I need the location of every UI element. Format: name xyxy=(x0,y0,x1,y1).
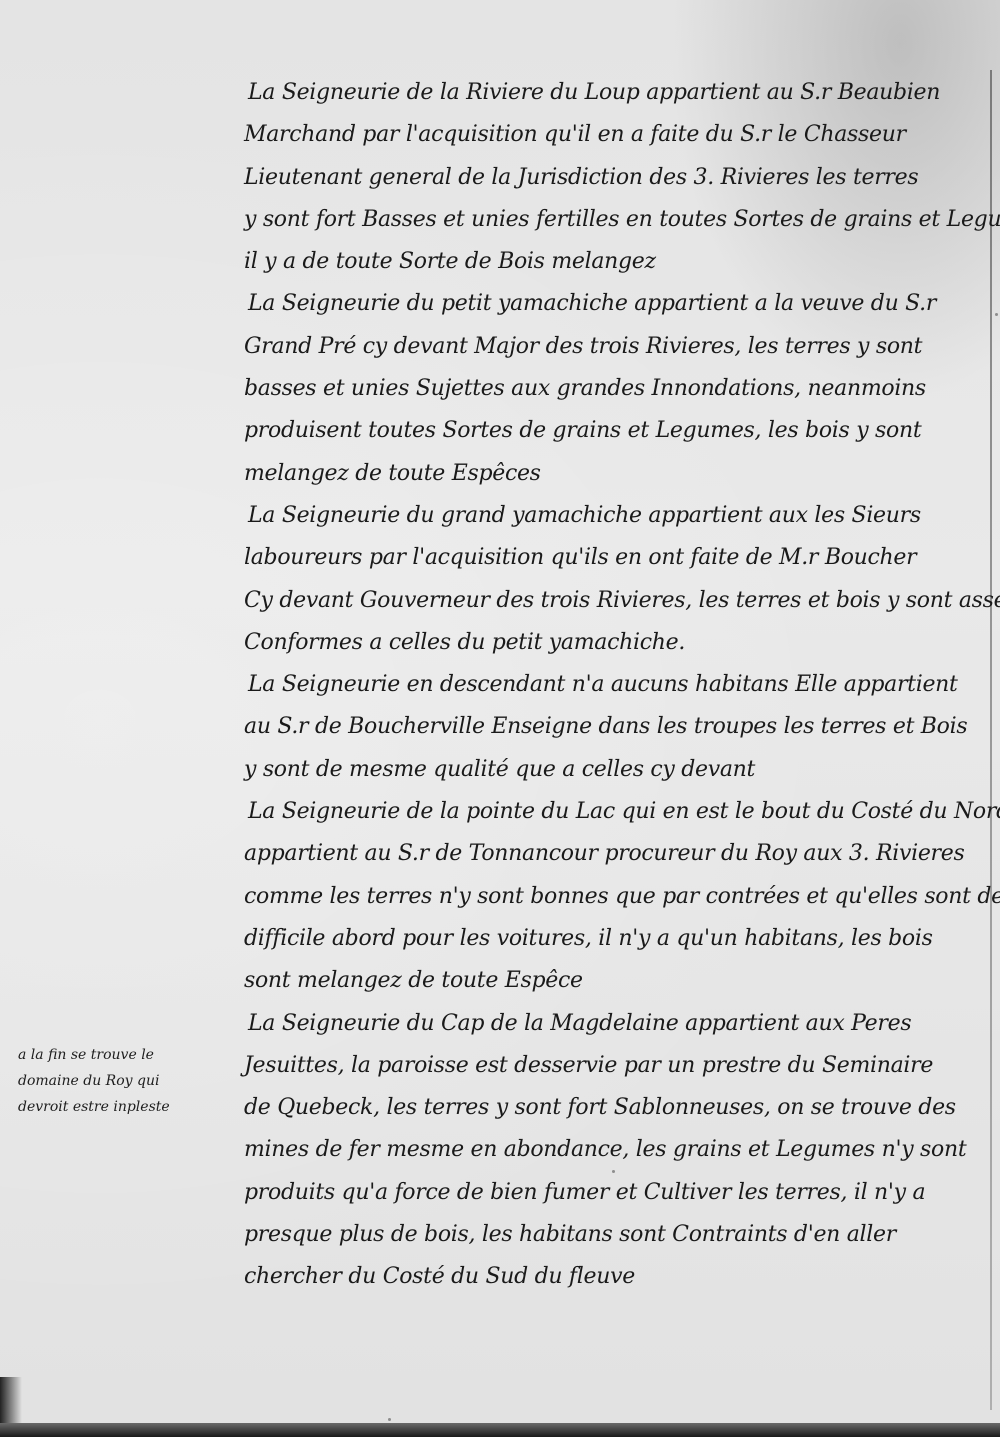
paragraph-grand-yamachiche-line: La Seigneurie du grand yamachiche appart… xyxy=(240,495,1000,537)
paragraph-petit-yamachiche-line: Grand Pré cy devant Major des trois Rivi… xyxy=(240,326,1000,368)
margin-note: a la fin se trouve le domaine du Roy qui… xyxy=(18,1042,233,1120)
paragraph-grand-yamachiche-line: Cy devant Gouverneur des trois Rivieres,… xyxy=(240,580,1000,622)
paragraph-petit-yamachiche-line: produisent toutes Sortes de grains et Le… xyxy=(240,410,1000,452)
paragraph-pointe-du-lac-line: difficile abord pour les voitures, il n'… xyxy=(240,918,1000,960)
paragraph-cap-de-la-magdelaine-line: produits qu'a force de bien fumer et Cul… xyxy=(240,1172,1000,1214)
paper-speck xyxy=(995,313,998,316)
manuscript-page: a la fin se trouve le domaine du Roy qui… xyxy=(0,0,1000,1437)
paragraph-pointe-du-lac-line: appartient au S.r de Tonnancour procureu… xyxy=(240,833,1000,875)
paragraph-petit-yamachiche-line: La Seigneurie du petit yamachiche appart… xyxy=(240,283,1000,325)
paragraph-pointe-du-lac-line: comme les terres n'y sont bonnes que par… xyxy=(240,876,1000,918)
paragraph-cap-de-la-magdelaine-line: presque plus de bois, les habitans sont … xyxy=(240,1214,1000,1256)
paragraph-riviere-du-loup-line: Lieutenant general de la Jurisdiction de… xyxy=(240,157,1000,199)
paragraph-grand-yamachiche-line: Conformes a celles du petit yamachiche. xyxy=(240,622,1000,664)
paragraph-cap-de-la-magdelaine-line: de Quebeck, les terres y sont fort Sablo… xyxy=(240,1087,1000,1129)
paragraph-riviere-du-loup-line: il y a de toute Sorte de Bois melangez xyxy=(240,241,1000,283)
page-shadow-bottom xyxy=(0,1423,1000,1437)
paragraph-grand-yamachiche-line: laboureurs par l'acquisition qu'ils en o… xyxy=(240,537,1000,579)
paragraph-pointe-du-lac-line: sont melangez de toute Espêce xyxy=(240,960,1000,1002)
margin-note-line: devroit estre inpleste xyxy=(18,1094,233,1120)
paper-speck xyxy=(612,1170,615,1173)
paragraph-riviere-du-loup-line: Marchand par l'acquisition qu'il en a fa… xyxy=(240,114,1000,156)
paragraph-descendant-line: au S.r de Boucherville Enseigne dans les… xyxy=(240,706,1000,748)
paragraph-riviere-du-loup-line: y sont fort Basses et unies fertilles en… xyxy=(240,199,1000,241)
paragraph-descendant-line: y sont de mesme qualité que a celles cy … xyxy=(240,749,1000,791)
paragraph-riviere-du-loup-line: La Seigneurie de la Riviere du Loup appa… xyxy=(240,72,1000,114)
paragraph-petit-yamachiche-line: melangez de toute Espêces xyxy=(240,453,1000,495)
margin-note-line: a la fin se trouve le xyxy=(18,1042,233,1068)
paragraph-cap-de-la-magdelaine-line: La Seigneurie du Cap de la Magdelaine ap… xyxy=(240,1003,1000,1045)
margin-note-line: domaine du Roy qui xyxy=(18,1068,233,1094)
paragraph-cap-de-la-magdelaine-line: chercher du Costé du Sud du fleuve xyxy=(240,1256,1000,1298)
manuscript-body: La Seigneurie de la Riviere du Loup appa… xyxy=(240,72,1000,1299)
paragraph-cap-de-la-magdelaine-line: Jesuittes, la paroisse est desservie par… xyxy=(240,1045,1000,1087)
paper-speck xyxy=(388,1418,391,1421)
paragraph-cap-de-la-magdelaine-line: mines de fer mesme en abondance, les gra… xyxy=(240,1129,1000,1171)
paragraph-pointe-du-lac-line: La Seigneurie de la pointe du Lac qui en… xyxy=(240,791,1000,833)
paragraph-petit-yamachiche-line: basses et unies Sujettes aux grandes Inn… xyxy=(240,368,1000,410)
paragraph-descendant-line: La Seigneurie en descendant n'a aucuns h… xyxy=(240,664,1000,706)
